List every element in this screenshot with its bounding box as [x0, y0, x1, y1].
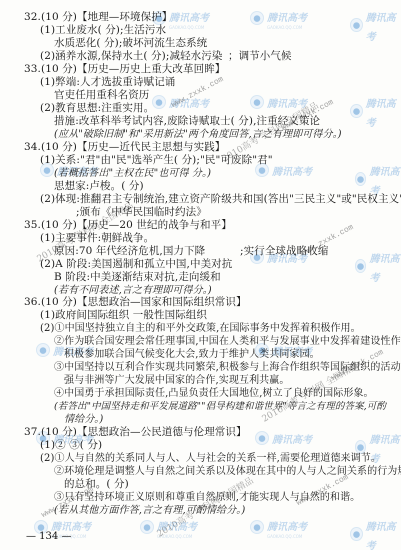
watermark-brand: 腾讯高考: [350, 92, 401, 130]
brand-logo-icon: [255, 431, 269, 445]
answer-line: ③只有坚持环境正义原则和尊重自然原则,才能实现人与自然的和谐。: [54, 491, 360, 504]
question-header: 36.(10 分)【思想政治—国家和国际组织常识】: [24, 296, 247, 309]
answer-line: (1)政府间国际组织 一般性国际组织: [40, 309, 207, 322]
answer-line: ;颁布《中华民国临时约法》: [76, 206, 207, 219]
answer-line: (2)教育思想:注重实用。: [40, 102, 154, 115]
grading-note: (若答出"中国坚持走和平发展道路""倡导构建和谐世界"等言之有理的答案,可酌: [54, 400, 386, 413]
question-header: 33.(10 分)【历史—历史上重大改革回眸】: [24, 63, 225, 76]
answer-line: 思想家:卢梭。( 分): [54, 180, 144, 193]
answer-line: (1)关系:"君"由"民"选举产生( 分);"民"可废除"君": [40, 154, 273, 167]
question-header: 32.(10 分)【地理—环境保护】: [24, 11, 172, 24]
watermark-brand: 腾讯高考: [255, 428, 312, 447]
answer-line: (2)体现:推翻君主专制统治,建立资产阶级共和国(答出"三民主义"或"民权主义"…: [40, 193, 401, 206]
brand-logo-icon: [250, 11, 264, 25]
brand-logo-icon: [355, 172, 366, 186]
watermark-brand: 腾讯高考: [355, 247, 401, 285]
brand-logo-icon: [350, 527, 363, 541]
brand-logo-icon: [250, 95, 264, 109]
answer-line: 官吏任用重科名资历: [54, 89, 149, 102]
answer-line: (2)涵养水源,保持水土( 分);减轻水污染: [40, 50, 222, 63]
answer-line: 的总和。( 分): [64, 478, 129, 491]
answer-line: 原因:70 年代经济危机,国力下降: [54, 245, 205, 258]
brand-logo-icon: [36, 343, 50, 357]
watermark-brand: 腾讯高考: [250, 92, 307, 111]
answer-line: ②作为联合国安理会常任理事国,中国在人类和平与发展事业中发挥着建设性作用,: [54, 335, 401, 348]
watermark-brand: 腾讯高考GAOKAO.QQ.COM: [250, 6, 307, 30]
grading-note: 情给分。): [64, 413, 103, 426]
question-header: 34.(10 分)【历史—近代民主思想与实践】: [24, 141, 225, 154]
watermark-brand: 腾讯高考GAOKAO.QQ.COM: [140, 515, 197, 539]
answer-line: ；调节小气候: [228, 50, 292, 63]
page-number: — 134 —: [26, 531, 71, 542]
grading-note: (若从其他方面作答,言之有理,可酌情给分。): [54, 504, 245, 517]
grading-note: (应从"破除旧制"和"采用新法"两个角度回答,言之有理即可得分。): [54, 128, 342, 141]
answer-line: (2)①人与自然的关系同人与人、人与社会的关系一样,需要伦理道德来调节。: [40, 452, 381, 465]
answer-line: ②环境伦理是调整人与自然之间关系以及体现在其中的人与人之间关系的行为规范: [54, 465, 401, 478]
answer-line: 水质恶化( 分);破坏河流生态系统: [54, 37, 207, 50]
answer-line: (1)工业废水( 分);生活污水: [40, 24, 166, 37]
answer-line: 措施:改革科举考试内容,废除诗赋取士( 分),注重经义策论: [54, 115, 320, 128]
document-page: 腾讯高考GAOKAO.QQ.COM 腾讯高考GAOKAO.QQ.COM 腾讯高考…: [0, 0, 401, 550]
brand-logo-icon: [350, 104, 363, 118]
watermark-brand: 腾讯高考GAOKAO.QQ.COM: [250, 515, 307, 539]
answer-line: (1)② ③( 分): [40, 439, 102, 452]
answer-line: ;实行全球战略收缩: [240, 245, 328, 258]
grading-note: (若概括答出"主权在民"也可得 分。): [54, 167, 211, 180]
answer-line: (2)①中国坚持独立自主的和平外交政策,在国际事务中发挥着积极作用。: [40, 322, 361, 335]
answer-line: (2)A 阶段:美国遏制和孤立中国,中美对抗: [40, 258, 232, 271]
brand-logo-icon: [140, 520, 154, 534]
answer-line: B 阶段:中美逐渐结束对抗,走向缓和: [54, 271, 221, 284]
answer-line: ④中国勇于承担国际责任,凸显负责任大国地位,树立了良好的国际形象。: [54, 387, 374, 400]
brand-logo-icon: [250, 520, 264, 534]
answer-line: (1)弊端:人才选拔重诗赋记诵: [40, 76, 175, 89]
answer-line: (1)主要事件:朝鲜战争。: [40, 232, 154, 245]
answer-line: 强与非洲等广大发展中国家的合作,实现互利共赢。: [64, 374, 289, 387]
watermark-brand: 腾讯高考: [152, 92, 209, 111]
watermark-brand: 腾讯高考: [350, 6, 401, 44]
brand-logo-icon: [350, 18, 363, 32]
question-header: 35.(10 分)【历史—20 世纪的战争与和平】: [24, 219, 232, 232]
answer-line: ③中国坚持以互利合作实现共同繁荣,积极参与上海合作组织等国际组织的活动,加: [54, 361, 401, 374]
watermark-url: www.zxxk.com: [170, 75, 225, 110]
brand-logo-icon: [355, 259, 366, 273]
watermark-brand: 腾讯高考: [350, 515, 401, 550]
question-header: 37.(10 分)【思想政治—公民道德与伦理常识】: [24, 426, 247, 439]
answer-line: 积极参加联合国气候变化大会,致力于维护人类共同家园。: [64, 348, 320, 361]
